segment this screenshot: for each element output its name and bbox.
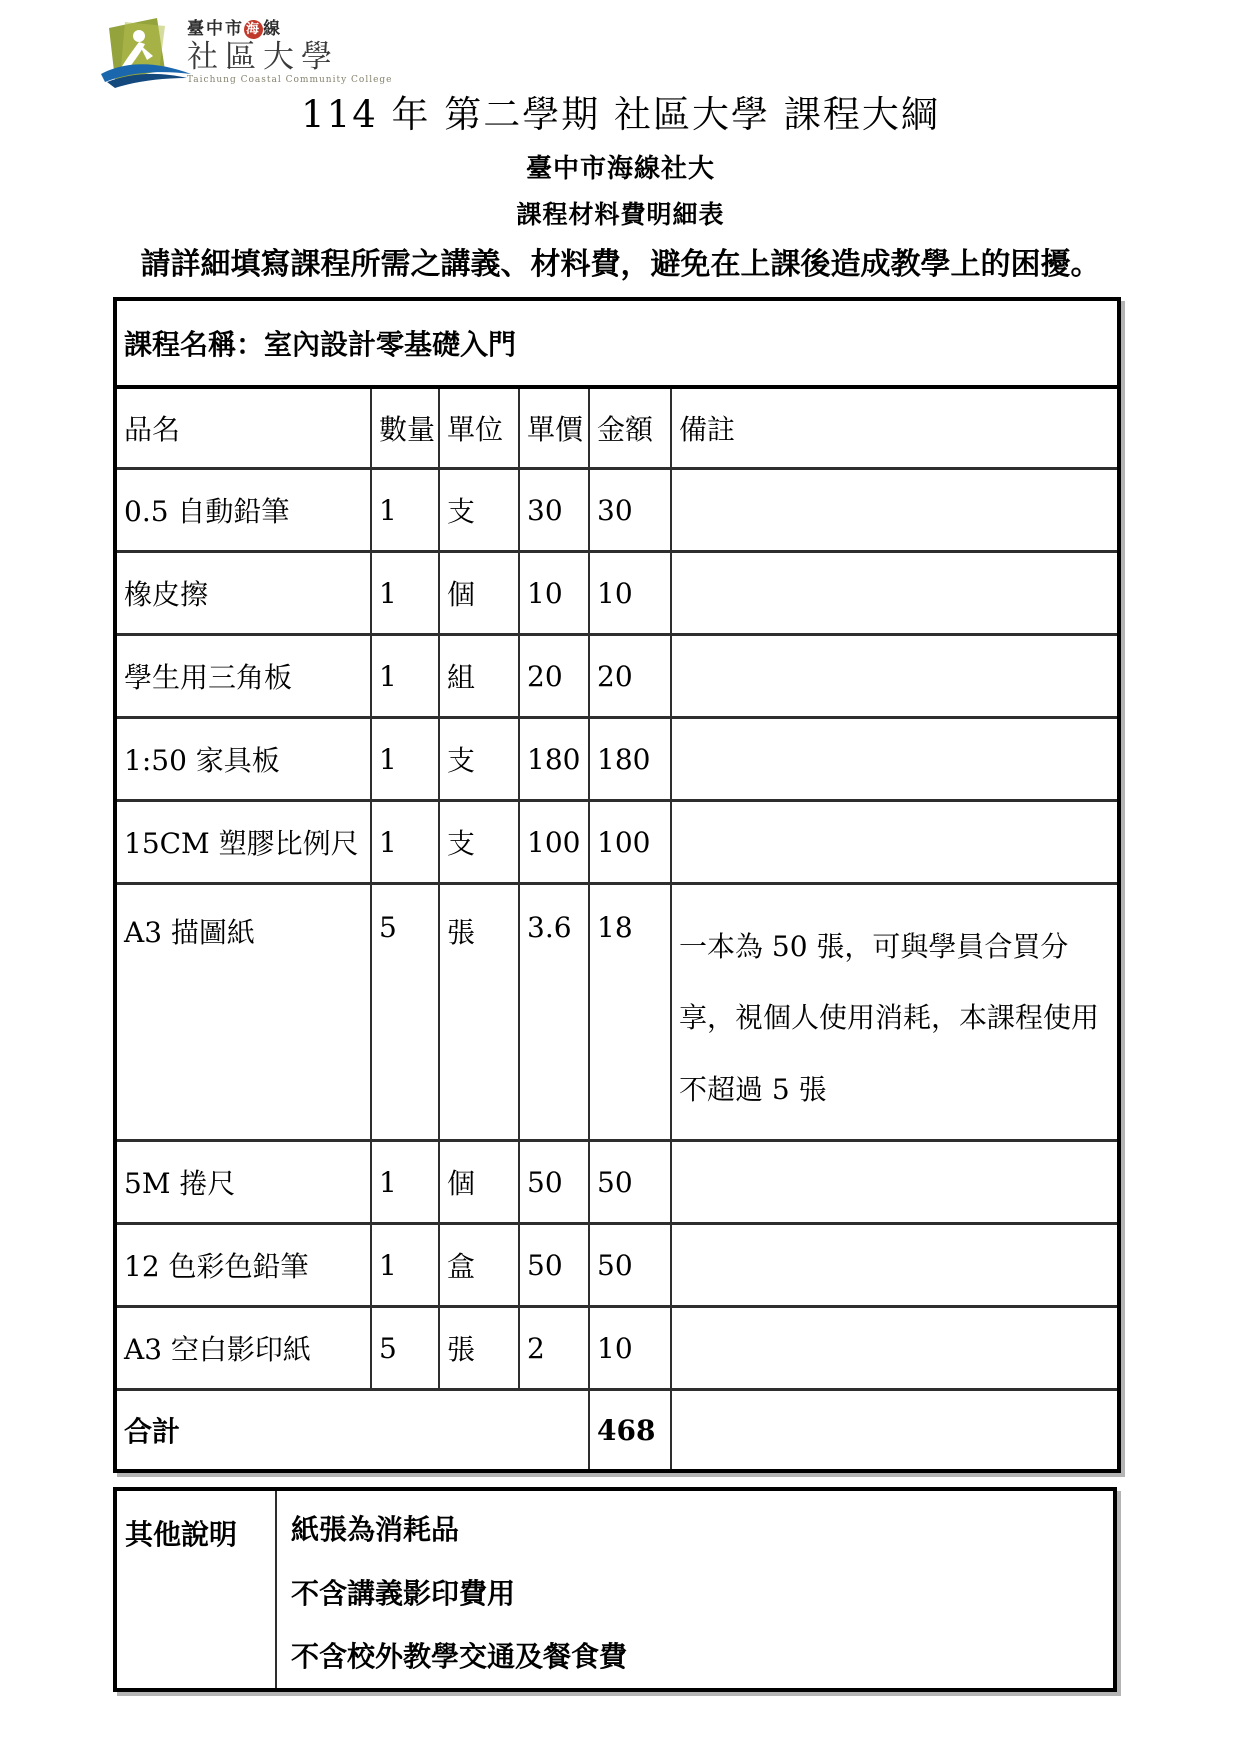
logo-english-name: Taichung Coastal Community College bbox=[187, 76, 393, 85]
item-qty: 1 bbox=[371, 1224, 439, 1307]
item-price: 30 bbox=[519, 469, 589, 552]
logo-school-type: 社區大學 bbox=[187, 41, 393, 74]
item-price: 100 bbox=[519, 801, 589, 884]
item-amount: 100 bbox=[589, 801, 671, 884]
item-unit: 組 bbox=[439, 635, 519, 718]
item-amount: 18 bbox=[589, 884, 671, 1141]
course-name-row: 課程名稱：室內設計零基礎入門 bbox=[115, 299, 1119, 387]
note-line: 紙張為消耗品 bbox=[291, 1513, 1113, 1547]
header-unit: 單位 bbox=[439, 387, 519, 469]
item-unit: 個 bbox=[439, 552, 519, 635]
item-amount: 10 bbox=[589, 1307, 671, 1390]
table-row: A3 空白影印紙5張210 bbox=[115, 1307, 1119, 1390]
other-notes-row: 其他說明 紙張為消耗品不含講義影印費用不含校外教學交通及餐食費 bbox=[115, 1489, 1115, 1690]
item-note bbox=[671, 1307, 1119, 1390]
item-note bbox=[671, 1141, 1119, 1224]
total-amount: 468 bbox=[589, 1390, 671, 1472]
header-remarks: 備註 bbox=[671, 387, 1119, 469]
item-price: 180 bbox=[519, 718, 589, 801]
table-header-row: 品名 數量 單位 單價 金額 備註 bbox=[115, 387, 1119, 469]
item-note: 一本為 50 張，可與學員合買分享，視個人使用消耗，本課程使用不超過 5 張 bbox=[671, 884, 1119, 1141]
table-row: 5M 捲尺1個5050 bbox=[115, 1141, 1119, 1224]
item-unit: 盒 bbox=[439, 1224, 519, 1307]
table-row: 1:50 家具板1支180180 bbox=[115, 718, 1119, 801]
course-name: 課程名稱：室內設計零基礎入門 bbox=[115, 299, 1119, 387]
item-qty: 1 bbox=[371, 552, 439, 635]
logo-seal-icon: 海 bbox=[244, 20, 263, 39]
item-amount: 10 bbox=[589, 552, 671, 635]
table-row: A3 描圖紙5張3.618一本為 50 張，可與學員合買分享，視個人使用消耗，本… bbox=[115, 884, 1119, 1141]
item-unit: 個 bbox=[439, 1141, 519, 1224]
item-qty: 1 bbox=[371, 469, 439, 552]
item-price: 50 bbox=[519, 1224, 589, 1307]
table-row: 12 色彩色鉛筆1盒5050 bbox=[115, 1224, 1119, 1307]
item-qty: 5 bbox=[371, 884, 439, 1141]
instruction-text: 請詳細填寫課程所需之講義、材料費，避免在上課後造成教學上的困擾。 bbox=[0, 239, 1241, 283]
item-name: 0.5 自動鉛筆 bbox=[115, 469, 371, 552]
item-note bbox=[671, 469, 1119, 552]
item-price: 2 bbox=[519, 1307, 589, 1390]
item-note bbox=[671, 1224, 1119, 1307]
document-page: 臺中市海線 社區大學 Taichung Coastal Community Co… bbox=[0, 0, 1241, 1755]
item-note bbox=[671, 718, 1119, 801]
item-note bbox=[671, 801, 1119, 884]
school-logo: 臺中市海線 社區大學 Taichung Coastal Community Co… bbox=[95, 12, 393, 96]
item-price: 3.6 bbox=[519, 884, 589, 1141]
item-price: 20 bbox=[519, 635, 589, 718]
logo-text: 臺中市海線 社區大學 Taichung Coastal Community Co… bbox=[187, 20, 393, 85]
note-line: 不含講義影印費用 bbox=[291, 1577, 1113, 1611]
item-amount: 20 bbox=[589, 635, 671, 718]
item-price: 50 bbox=[519, 1141, 589, 1224]
header-item-name: 品名 bbox=[115, 387, 371, 469]
table-row: 橡皮擦1個1010 bbox=[115, 552, 1119, 635]
other-notes-label: 其他說明 bbox=[115, 1489, 276, 1690]
item-name: 12 色彩色鉛筆 bbox=[115, 1224, 371, 1307]
item-note bbox=[671, 635, 1119, 718]
item-qty: 1 bbox=[371, 801, 439, 884]
item-name: 15CM 塑膠比例尺 bbox=[115, 801, 371, 884]
item-amount: 50 bbox=[589, 1141, 671, 1224]
header-unit-price: 單價 bbox=[519, 387, 589, 469]
total-row: 合計 468 bbox=[115, 1390, 1119, 1472]
item-amount: 50 bbox=[589, 1224, 671, 1307]
other-notes-content: 紙張為消耗品不含講義影印費用不含校外教學交通及餐食費 bbox=[276, 1489, 1115, 1690]
item-note bbox=[671, 552, 1119, 635]
item-name: 1:50 家具板 bbox=[115, 718, 371, 801]
item-price: 10 bbox=[519, 552, 589, 635]
item-unit: 張 bbox=[439, 884, 519, 1141]
note-line: 不含校外教學交通及餐食費 bbox=[291, 1640, 1113, 1674]
item-name: 橡皮擦 bbox=[115, 552, 371, 635]
item-unit: 支 bbox=[439, 469, 519, 552]
school-name-subtitle: 臺中市海線社大 bbox=[0, 148, 1241, 185]
total-label: 合計 bbox=[115, 1390, 589, 1472]
table-row: 0.5 自動鉛筆1支3030 bbox=[115, 469, 1119, 552]
item-qty: 1 bbox=[371, 718, 439, 801]
total-remarks-empty bbox=[671, 1390, 1119, 1472]
item-amount: 30 bbox=[589, 469, 671, 552]
item-unit: 支 bbox=[439, 718, 519, 801]
header-quantity: 數量 bbox=[371, 387, 439, 469]
item-name: 5M 捲尺 bbox=[115, 1141, 371, 1224]
document-type-subtitle: 課程材料費明細表 bbox=[0, 195, 1241, 231]
header-amount: 金額 bbox=[589, 387, 671, 469]
logo-region-name: 臺中市海線 bbox=[187, 20, 393, 39]
item-qty: 5 bbox=[371, 1307, 439, 1390]
item-qty: 1 bbox=[371, 635, 439, 718]
other-notes-table: 其他說明 紙張為消耗品不含講義影印費用不含校外教學交通及餐食費 bbox=[113, 1487, 1117, 1692]
table-row: 15CM 塑膠比例尺1支100100 bbox=[115, 801, 1119, 884]
item-unit: 張 bbox=[439, 1307, 519, 1390]
item-qty: 1 bbox=[371, 1141, 439, 1224]
table-row: 學生用三角板1組2020 bbox=[115, 635, 1119, 718]
item-name: A3 描圖紙 bbox=[115, 884, 371, 1141]
item-name: A3 空白影印紙 bbox=[115, 1307, 371, 1390]
materials-table: 課程名稱：室內設計零基礎入門 品名 數量 單位 單價 金額 備註 0.5 自動鉛… bbox=[113, 297, 1121, 1473]
item-unit: 支 bbox=[439, 801, 519, 884]
item-name: 學生用三角板 bbox=[115, 635, 371, 718]
item-amount: 180 bbox=[589, 718, 671, 801]
